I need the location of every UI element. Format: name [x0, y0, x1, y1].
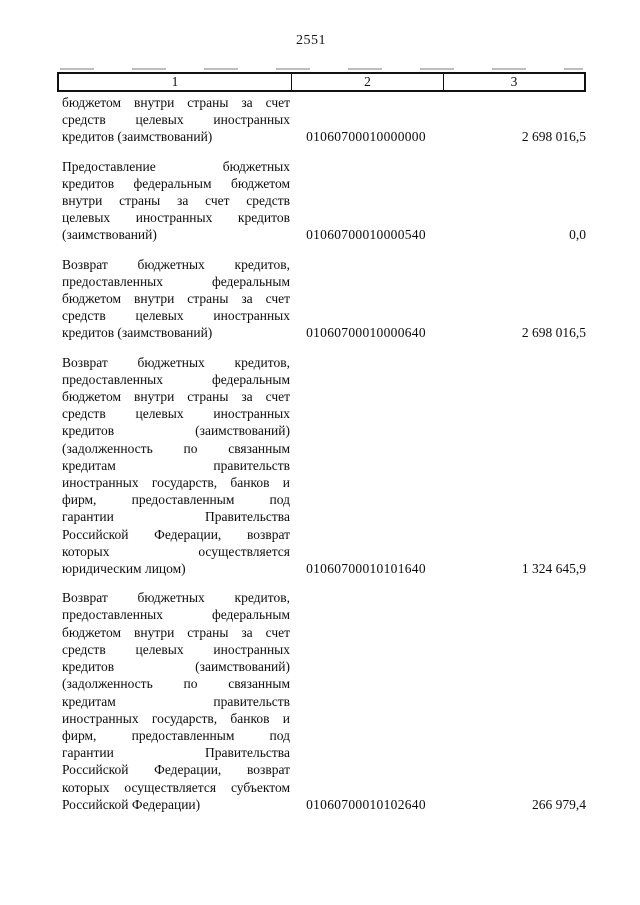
description-line: кредитам правительств [62, 693, 290, 710]
description-line: Российской Федерации, возврат [62, 526, 290, 543]
description-line: Возврат бюджетных кредитов, [62, 256, 290, 273]
description-line: кредитов (заимствований) [62, 658, 290, 675]
description-line: которых осуществляется [62, 543, 290, 560]
table-row: Возврат бюджетных кредитов,предоставленн… [57, 354, 586, 578]
description-line: (задолженность по связанным [62, 675, 290, 692]
row-amount: 2 698 016,5 [442, 324, 586, 341]
description-line: предоставленных федеральным [62, 273, 290, 290]
description-line: Возврат бюджетных кредитов, [62, 589, 290, 606]
description-line: кредитов федеральным бюджетом [62, 175, 290, 192]
budget-table: 1 2 3 бюджетом внутри страны за счетсред… [57, 72, 586, 813]
table-row: Возврат бюджетных кредитов,предоставленн… [57, 256, 586, 342]
description-line: Возврат бюджетных кредитов, [62, 354, 290, 371]
description-line: гарантии Правительства [62, 508, 290, 525]
column-header-2: 2 [292, 74, 444, 90]
description-line: Предоставление бюджетных [62, 158, 290, 175]
description-line: целевых иностранных кредитов [62, 209, 290, 226]
row-description: Возврат бюджетных кредитов,предоставленн… [57, 589, 290, 813]
description-line: бюджетом внутри страны за счет [62, 94, 290, 111]
description-line: иностранных государств, банков и [62, 710, 290, 727]
description-line: кредитам правительств [62, 457, 290, 474]
description-line: (заимствований) [62, 226, 290, 243]
description-line: (задолженность по связанным [62, 440, 290, 457]
table-row: Предоставление бюджетныхкредитов федерал… [57, 158, 586, 244]
description-line: кредитов (заимствований) [62, 422, 290, 439]
description-line: бюджетом внутри страны за счет [62, 388, 290, 405]
description-line: фирм, предоставленным под [62, 727, 290, 744]
table-row: Возврат бюджетных кредитов,предоставленн… [57, 589, 586, 813]
scan-artifact-line [60, 68, 583, 70]
column-header-3: 3 [444, 74, 584, 90]
column-header-1: 1 [59, 74, 292, 90]
row-amount: 266 979,4 [442, 796, 586, 813]
row-description: Возврат бюджетных кредитов,предоставленн… [57, 354, 290, 578]
row-amount: 2 698 016,5 [442, 128, 586, 145]
table-body: бюджетом внутри страны за счетсредств це… [57, 94, 586, 813]
table-row: бюджетом внутри страны за счетсредств це… [57, 94, 586, 146]
page-number: 2551 [0, 33, 622, 49]
row-code: 01060700010000540 [290, 226, 442, 243]
description-line: предоставленных федеральным [62, 371, 290, 388]
description-line: Российской Федерации, возврат [62, 761, 290, 778]
row-code: 01060700010000000 [290, 128, 442, 145]
row-description: Предоставление бюджетныхкредитов федерал… [57, 158, 290, 244]
description-line: средств целевых иностранных [62, 307, 290, 324]
row-amount: 0,0 [442, 226, 586, 243]
description-line: внутри страны за счет средств [62, 192, 290, 209]
description-line: фирм, предоставленным под [62, 491, 290, 508]
description-line: бюджетом внутри страны за счет [62, 290, 290, 307]
description-line: гарантии Правительства [62, 744, 290, 761]
row-description: бюджетом внутри страны за счетсредств це… [57, 94, 290, 146]
row-description: Возврат бюджетных кредитов,предоставленн… [57, 256, 290, 342]
row-code: 01060700010102640 [290, 796, 442, 813]
row-amount: 1 324 645,9 [442, 560, 586, 577]
description-line: Российской Федерации) [62, 796, 290, 813]
description-line: юридическим лицом) [62, 560, 290, 577]
description-line: бюджетом внутри страны за счет [62, 624, 290, 641]
description-line: предоставленных федеральным [62, 606, 290, 623]
description-line: средств целевых иностранных [62, 405, 290, 422]
description-line: средств целевых иностранных [62, 111, 290, 128]
description-line: иностранных государств, банков и [62, 474, 290, 491]
document-page: 2551 1 2 3 бюджетом внутри страны за сче… [0, 0, 640, 905]
description-line: кредитов (заимствований) [62, 128, 290, 145]
description-line: средств целевых иностранных [62, 641, 290, 658]
row-code: 01060700010000640 [290, 324, 442, 341]
table-header-row: 1 2 3 [57, 72, 586, 92]
row-code: 01060700010101640 [290, 560, 442, 577]
description-line: которых осуществляется субъектом [62, 779, 290, 796]
description-line: кредитов (заимствований) [62, 324, 290, 341]
